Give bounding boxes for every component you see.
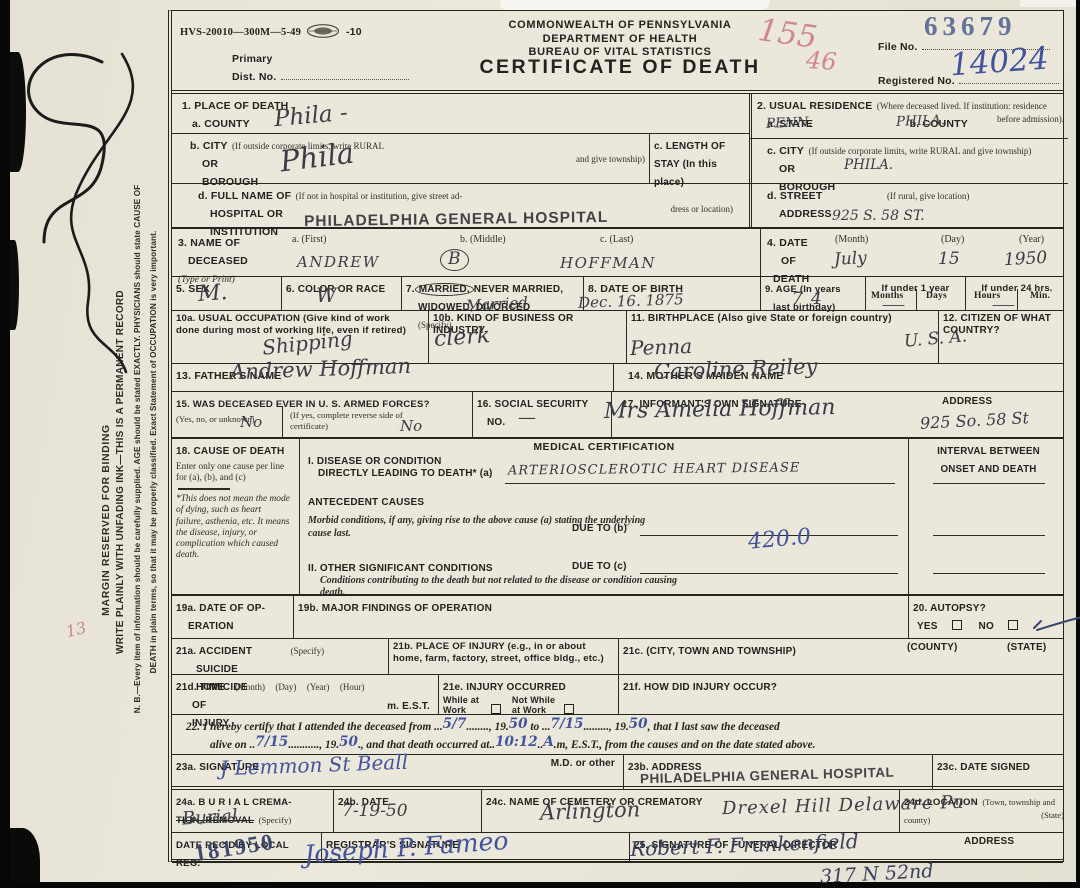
entry-burial-type: Burial [182, 808, 239, 829]
field-21d-month: (Month) [235, 682, 265, 692]
binding-shadow [10, 828, 40, 882]
w2a: Not While [512, 695, 555, 705]
field-1d-label: d. FULL NAME OF [198, 190, 291, 202]
entry-middle-initial: B [440, 249, 469, 271]
field-21f-how-injury: 21f. HOW DID INJURY OCCUR? [619, 675, 1068, 715]
field-2c-note: (If outside corporate limits, write RURA… [808, 146, 1031, 156]
entry-last-name: HOFFMAN [560, 256, 656, 271]
cert-alive-year: 50 [339, 734, 358, 750]
file-number-label: File No. [878, 41, 918, 53]
entry-burial-date: 7-19-50 [342, 803, 408, 820]
field-21c-county: (COUNTY) [907, 642, 957, 654]
cert-p2: ........, 19. [466, 721, 508, 733]
field-21d-day: (Day) [275, 682, 296, 692]
cert-p1: 22. I hereby certify that I attended the… [186, 721, 443, 733]
field-21a-accident: 21a. ACCIDENT (Specify) SUICIDE HOMICIDE [172, 639, 389, 675]
field-18-interval: INTERVAL BETWEEN ONSET AND DEATH [909, 439, 1068, 596]
autopsy-no-checkbox [1008, 620, 1018, 630]
autopsy-yes-checkbox [952, 620, 962, 630]
field-16-ssn: 16. SOCIAL SECURITY NO. [473, 392, 612, 439]
certificate-form: HVS-20010—300M—5-49 -10 Primary Dist. No… [168, 10, 1064, 862]
cert-ampm: A [543, 734, 553, 750]
field-21d-year: (Year) [307, 682, 330, 692]
field-17-address-label: ADDRESS [942, 396, 992, 408]
field-15-armed-forces: 15. WAS DECEASED EVER IN U. S. ARMED FOR… [172, 392, 473, 439]
field-11-label: 11. BIRTHPLACE (Also give State or forei… [631, 313, 921, 325]
w1b: Work [443, 705, 466, 715]
antecedent-causes-label: ANTECEDENT CAUSES [308, 497, 424, 509]
field-21a-l2: SUICIDE [196, 664, 238, 675]
field-21b-label: 21b. PLACE OF INJURY (e.g., in or about … [393, 641, 608, 664]
document-page: 13 MARGIN RESERVED FOR BINDING WRITE PLA… [10, 0, 1076, 882]
entry-race: W [316, 285, 337, 305]
emblem-suffix: -10 [346, 26, 362, 38]
field-25-address-label: ADDRESS [964, 836, 1014, 848]
field-1d-l2: HOSPITAL OR [210, 208, 283, 220]
field-19b-label: 19b. MAJOR FINDINGS OF OPERATION [298, 603, 492, 614]
district-number-label: Dist. No. [232, 71, 276, 83]
row-certification: 22. I hereby certify that I attended the… [172, 715, 1063, 755]
entry-death-month: July [834, 250, 868, 269]
margin-pencil-note: 13 [64, 620, 88, 640]
entry-armed-forces-1: No [240, 415, 262, 430]
row-accident: 21a. ACCIDENT (Specify) SUICIDE HOMICIDE… [172, 639, 1063, 675]
field-3b-label: b. (Middle) [460, 235, 506, 246]
field-1a-county: 1. PLACE OF DEATH a. COUNTY [172, 94, 749, 134]
field-1c-label: c. LENGTH OF STAY (In this place) [654, 141, 725, 188]
entry-marital-status: Married [466, 295, 529, 313]
interval-line-c [933, 573, 1045, 574]
field-18-left2: *This does not mean the mode of dying, s… [176, 494, 290, 562]
cert-p10: .m, E.S.T., from the causes and on the d… [554, 739, 816, 751]
field-21e-injury-occurred: 21e. INJURY OCCURRED While atWork Not Wh… [439, 675, 619, 715]
eagle-emblem-icon [306, 24, 342, 38]
entry-residence-city: PHILA. [844, 159, 893, 173]
entry-armed-forces-2: No [400, 419, 422, 434]
field-1c-length-of-stay: c. LENGTH OF STAY (In this place) [649, 134, 749, 184]
field-18-title: 18. CAUSE OF DEATH [176, 446, 284, 457]
registered-number-value: 14024 [949, 44, 1050, 82]
field-21b-place-of-injury: 21b. PLACE OF INJURY (e.g., in or about … [389, 639, 619, 675]
torn-edge-right [1020, 0, 1076, 7]
field-1d-note: (If not in hospital or institution, give… [296, 191, 463, 201]
field-7-pre: 7. [406, 284, 415, 295]
due-to-b-label: DUE TO (b) [572, 523, 627, 535]
field-18-left1: Enter only one cause per line for (a), (… [176, 462, 288, 483]
field-24a-specify: (Specify) [259, 815, 292, 825]
field-1b-note2: and give township) [576, 154, 645, 165]
autopsy-no-pen-mark [1024, 609, 1080, 635]
conditions-contributing-note: Conditions contributing to the death but… [320, 575, 680, 598]
cert-alive-date: 7/15 [255, 734, 288, 750]
cert-p3: to ... [528, 721, 551, 733]
field-2d-note: (If rural, give location) [887, 191, 969, 201]
field-1b-or: OR [202, 158, 218, 170]
field-2d-label: d. STREET [767, 190, 822, 202]
field-21d-est: m. E.S.T. [387, 701, 430, 713]
days-label: Days [926, 291, 947, 303]
field-1a-label: a. COUNTY [192, 118, 250, 130]
file-number-stamp: 63679 [924, 11, 1017, 42]
row-operation-autopsy: 19a. DATE OF OP- ERATION 19b. MAJOR FIND… [172, 596, 1063, 639]
field-2-note: (Where deceased lived. If institution: r… [877, 101, 1047, 111]
field-19a-date-of-operation: 19a. DATE OF OP- ERATION [172, 596, 294, 639]
entry-funeral-director-address: 317 N 52nd [820, 862, 934, 887]
not-while-at-work-label: Not Whileat Work [512, 695, 560, 715]
cert-p8: ., and that death occurred at.. [358, 739, 495, 751]
months-days-divider [916, 289, 917, 311]
entry-cemetery: Arlington [540, 799, 641, 823]
cert-p4: ........., 19. [584, 721, 629, 733]
due-to-c-label: DUE TO (c) [572, 561, 627, 573]
field-1d-note2: dress or location) [671, 204, 733, 215]
form-number: HVS-20010—300M—5-49 [180, 27, 301, 38]
entry-birthplace: Penna [630, 336, 693, 358]
field-3c-label: c. (Last) [600, 235, 633, 246]
form-header: HVS-20010—300M—5-49 -10 Primary Dist. No… [172, 11, 1063, 94]
pen-scribble [4, 46, 164, 376]
other-significant-conditions-label: II. OTHER SIGNIFICANT CONDITIONS [308, 563, 493, 575]
field-19a-l2: ERATION [188, 621, 234, 632]
while-at-work-label: While atWork [443, 695, 487, 715]
field-6-color-race: 6. COLOR OR RACE [282, 277, 402, 311]
field-21c-state: (STATE) [1007, 642, 1046, 654]
cert-death-time: 10:12 [495, 734, 538, 750]
field-2d-l2: ADDRESS [779, 208, 832, 220]
field-2c-city: c. CITY (If outside corporate limits, wr… [749, 139, 1068, 184]
field-24d-state: (State) [1041, 810, 1064, 821]
field-21c-city-county-state: 21c. (CITY, TOWN AND TOWNSHIP) (COUNTY) … [619, 639, 1068, 675]
cert-to-year: 50 [629, 716, 648, 732]
not-while-at-work-checkbox [564, 704, 574, 714]
field-21c-label: 21c. (CITY, TOWN AND TOWNSHIP) [623, 646, 796, 657]
interval-label-2: ONSET AND DEATH [940, 464, 1036, 475]
row-time-of-injury: 21d. TIME (Month) (Day) (Year) (Hour) OF… [172, 675, 1063, 715]
w1a: While at [443, 695, 479, 705]
entry-date-of-birth: Dec. 16. 1875 [578, 292, 684, 311]
field-1b-city: b. CITY (If outside corporate limits, wr… [172, 134, 649, 184]
entry-physician-signature: J Lemmon St Beall [220, 752, 409, 779]
primary-label: Primary [232, 53, 273, 65]
interval-line-a [933, 483, 1045, 484]
entry-sex: M. [197, 282, 228, 306]
due-to-c-line [640, 573, 898, 574]
field-4-day-label: (Day) [941, 235, 964, 246]
certificate-title: CERTIFICATE OF DEATH [410, 62, 830, 74]
center-divider [749, 94, 752, 229]
entry-age: 74 [792, 291, 830, 308]
field-7-circled-married: MARRIED, [415, 283, 474, 296]
autopsy-no-label: NO [979, 621, 994, 632]
field-3a-label: a. (First) [292, 235, 326, 246]
field-16-l2: NO. [487, 417, 505, 428]
scanned-death-certificate: { "doc": { "margin": { "line1": "MARGIN … [0, 0, 1080, 888]
entry-death-year: 1950 [1004, 250, 1048, 269]
field-21a-specify: (Specify) [291, 646, 325, 656]
entry-death-day: 15 [938, 251, 960, 268]
entry-street-address: 925 S. 58 ST. [832, 209, 925, 223]
field-1b-label: b. CITY [190, 140, 228, 152]
min-label: Min. [1030, 291, 1050, 303]
entry-under24-dash: —— [992, 299, 1012, 312]
cert-from-date: 5/7 [443, 716, 467, 732]
hours-min-divider [1017, 289, 1018, 311]
while-at-work-checkbox [491, 704, 501, 714]
entry-city-of-death: Phila [279, 139, 356, 177]
field-23c-label: 23c. DATE SIGNED [937, 762, 1030, 773]
certification-line-1: 22. I hereby certify that I attended the… [186, 718, 1053, 736]
entry-under1-dash: —— [882, 299, 902, 312]
field-23a-md-label: M.D. or other [551, 758, 615, 770]
field-2-note2: before admission). [997, 114, 1064, 125]
entry-ssn-dash: — [518, 409, 536, 427]
field-9-under-1-year: If under 1 year Months Days [866, 277, 966, 311]
disease-condition-l1: I. DISEASE OR CONDITION [308, 456, 442, 468]
cause-a-line [505, 483, 895, 484]
field-23c-date-signed: 23c. DATE SIGNED [933, 755, 1068, 790]
entry-residence-state: PENN. [766, 116, 812, 131]
field-3-l2: DECEASED [188, 255, 248, 267]
interval-label-1: INTERVAL BETWEEN [937, 446, 1040, 457]
entry-residence-county: PHILA. [896, 114, 946, 129]
field-20-label: 20. AUTOPSY? [913, 603, 986, 614]
field-21d-time-of-injury: 21d. TIME (Month) (Day) (Year) (Hour) OF… [172, 675, 439, 715]
instructions-divider [178, 488, 230, 490]
cert-from-year: 50 [509, 716, 528, 732]
entry-cause-code: 420.0 [747, 526, 812, 553]
armed-forces-divider [282, 406, 283, 439]
field-21e-label: 21e. INJURY OCCURRED [443, 682, 566, 693]
field-21d-of: OF [192, 700, 206, 711]
medical-certification-title: MEDICAL CERTIFICATION [300, 442, 908, 454]
field-18-instructions: 18. CAUSE OF DEATH Enter only one cause … [172, 439, 300, 596]
entry-informant-signature: Mrs Amelia Hoffman [604, 397, 836, 423]
field-3-title: 3. NAME OF [178, 237, 240, 249]
autopsy-yes-label: YES [917, 621, 938, 632]
disease-condition-l2: DIRECTLY LEADING TO DEATH* (a) [318, 468, 493, 480]
entry-business: clerk [433, 325, 491, 351]
field-4-month-label: (Month) [835, 235, 868, 246]
w2b: at Work [512, 705, 546, 715]
interval-line-b [933, 535, 1045, 536]
cert-p5: , that I last saw the deceased [648, 721, 780, 733]
registered-number-label: Registered No. [878, 75, 955, 87]
entry-mother-name: Caroline Reiley [654, 356, 818, 383]
district-number-blank [281, 71, 409, 80]
field-4-l2: OF [781, 255, 796, 267]
field-2c-or: OR [779, 163, 795, 175]
field-9-under-24-hrs: If under 24 hrs. Hours Min. [966, 277, 1068, 311]
field-21d-hour: (Hour) [340, 682, 365, 692]
field-19b-major-findings: 19b. MAJOR FINDINGS OF OPERATION [294, 596, 909, 639]
field-4-year-label: (Year) [1019, 235, 1044, 246]
field-21d-label: 21d. TIME [176, 682, 224, 693]
field-21a-label: 21a. ACCIDENT [176, 646, 252, 657]
cert-to-date: 7/15 [550, 716, 583, 732]
entry-first-name: ANDREW [297, 255, 380, 270]
field-19a-label: 19a. DATE OF OP- [176, 603, 265, 614]
cert-p6: alive on .. [210, 739, 255, 751]
field-21f-label: 21f. HOW DID INJURY OCCUR? [623, 682, 777, 693]
penciled-number-lower: 46 [805, 48, 837, 74]
entry-cause-a: ARTERIOSCLEROTIC HEART DISEASE [508, 461, 800, 477]
field-4-title: 4. DATE [767, 237, 808, 249]
cert-p7: ..........., 19. [288, 739, 339, 751]
field-2c-label: c. CITY [767, 145, 804, 157]
field-15-label: 15. WAS DECEASED EVER IN U. S. ARMED FOR… [176, 399, 430, 410]
field-2-title: 2. USUAL RESIDENCE [757, 100, 872, 112]
